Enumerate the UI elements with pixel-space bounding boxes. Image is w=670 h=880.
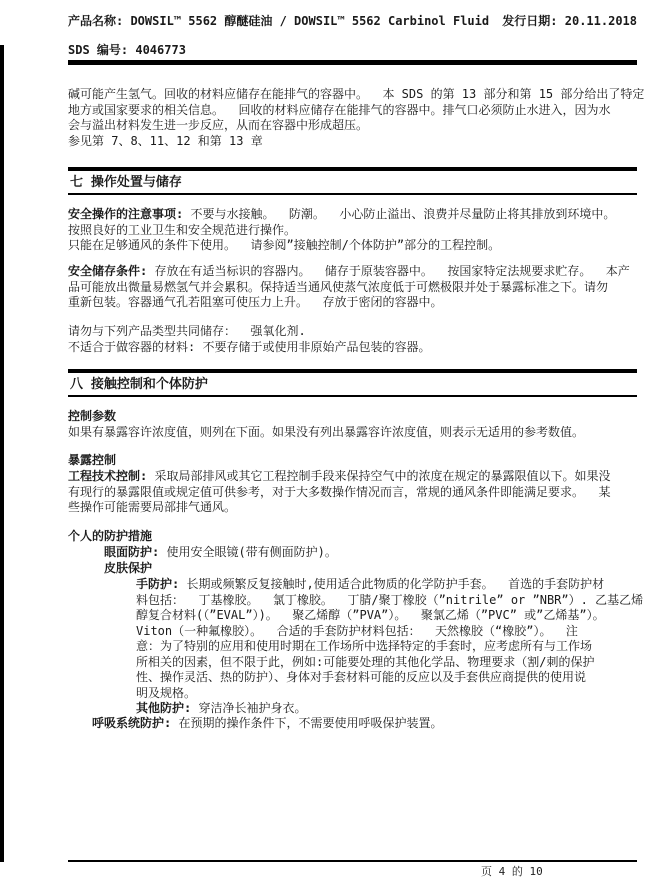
section-8-title: 八 接触控制和个体防护: [68, 373, 637, 395]
hand-protection-paragraph: 手防护: 长期或频繁反复接触时,使用适合此物质的化学防护手套。 首选的手套防护材…: [136, 577, 641, 717]
issue-date: 发行日期: 20.11.2018: [502, 13, 637, 29]
product-name: 产品名称: DOWSIL™ 5562 醇醚硅油 / DOWSIL™ 5562 C…: [68, 13, 489, 29]
hand-protection-label: 手防护:: [136, 577, 179, 591]
personal-protection-heading: 个人的防护措施: [68, 529, 152, 545]
engineering-controls-paragraph: 工程技术控制: 采取局部排风或其它工程控制手段来保持空气中的浓度在规定的暴露限值…: [68, 469, 643, 516]
safe-handling-paragraph: 安全操作的注意事项: 不要与水接触。 防潮。 小心防止溢出、浪费并尽量防止将其排…: [68, 207, 643, 254]
sds-document-page: 产品名称: DOWSIL™ 5562 醇醚硅油 / DOWSIL™ 5562 C…: [0, 0, 670, 880]
incompatible-storage-paragraph: 请勿与下列产品类型共同储存： 强氧化剂.不适合于做容器的材料: 不要存储于或使用…: [68, 324, 430, 355]
other-protection-label: 其他防护:: [136, 701, 191, 715]
section-8-bottom-rule: [68, 395, 637, 397]
skin-protection-heading: 皮肤保护: [104, 561, 152, 577]
scan-edge-artifact: [0, 45, 4, 862]
respiratory-protection-line: 呼吸系统防护: 在预期的操作条件下，不需要使用呼吸保护装置。: [92, 716, 442, 732]
respiratory-protection-label: 呼吸系统防护:: [92, 716, 171, 730]
exposure-controls-heading: 暴露控制: [68, 453, 116, 469]
safe-handling-label: 安全操作的注意事项:: [68, 207, 183, 221]
control-parameters-text: 如果有暴露容许浓度值，则列在下面。如果没有列出暴露容许浓度值，则表示无适用的参考…: [68, 425, 584, 441]
intro-paragraph: 碱可能产生氢气。回收的材料应储存在能排气的容器中。 本 SDS 的第 13 部分…: [68, 87, 644, 149]
sds-number: SDS 编号: 4046773: [68, 43, 186, 59]
engineering-controls-label: 工程技术控制:: [68, 469, 147, 483]
safe-storage-label: 安全储存条件:: [68, 264, 147, 278]
safe-storage-paragraph: 安全储存条件: 存放在有适当标识的容器内。 储存于原装容器中。 按国家特定法规要…: [68, 264, 643, 311]
eye-face-protection-label: 眼面防护:: [104, 545, 159, 559]
page-number: 页 4 的 10: [481, 865, 543, 878]
section-7-title: 七 操作处置与储存: [68, 171, 637, 193]
section-7-bottom-rule: [68, 193, 637, 195]
footer-rule: [68, 860, 637, 862]
section-8-header: 八 接触控制和个体防护: [68, 369, 637, 397]
section-7-header: 七 操作处置与储存: [68, 167, 637, 195]
control-parameters-heading: 控制参数: [68, 409, 116, 425]
other-protection-line: 其他防护: 穿洁净长袖护身衣。: [136, 701, 641, 717]
document-header-row: 产品名称: DOWSIL™ 5562 醇醚硅油 / DOWSIL™ 5562 C…: [68, 13, 637, 29]
header-rule: [68, 60, 637, 65]
eye-face-protection-line: 眼面防护: 使用安全眼镜(带有侧面防护)。: [104, 545, 337, 561]
